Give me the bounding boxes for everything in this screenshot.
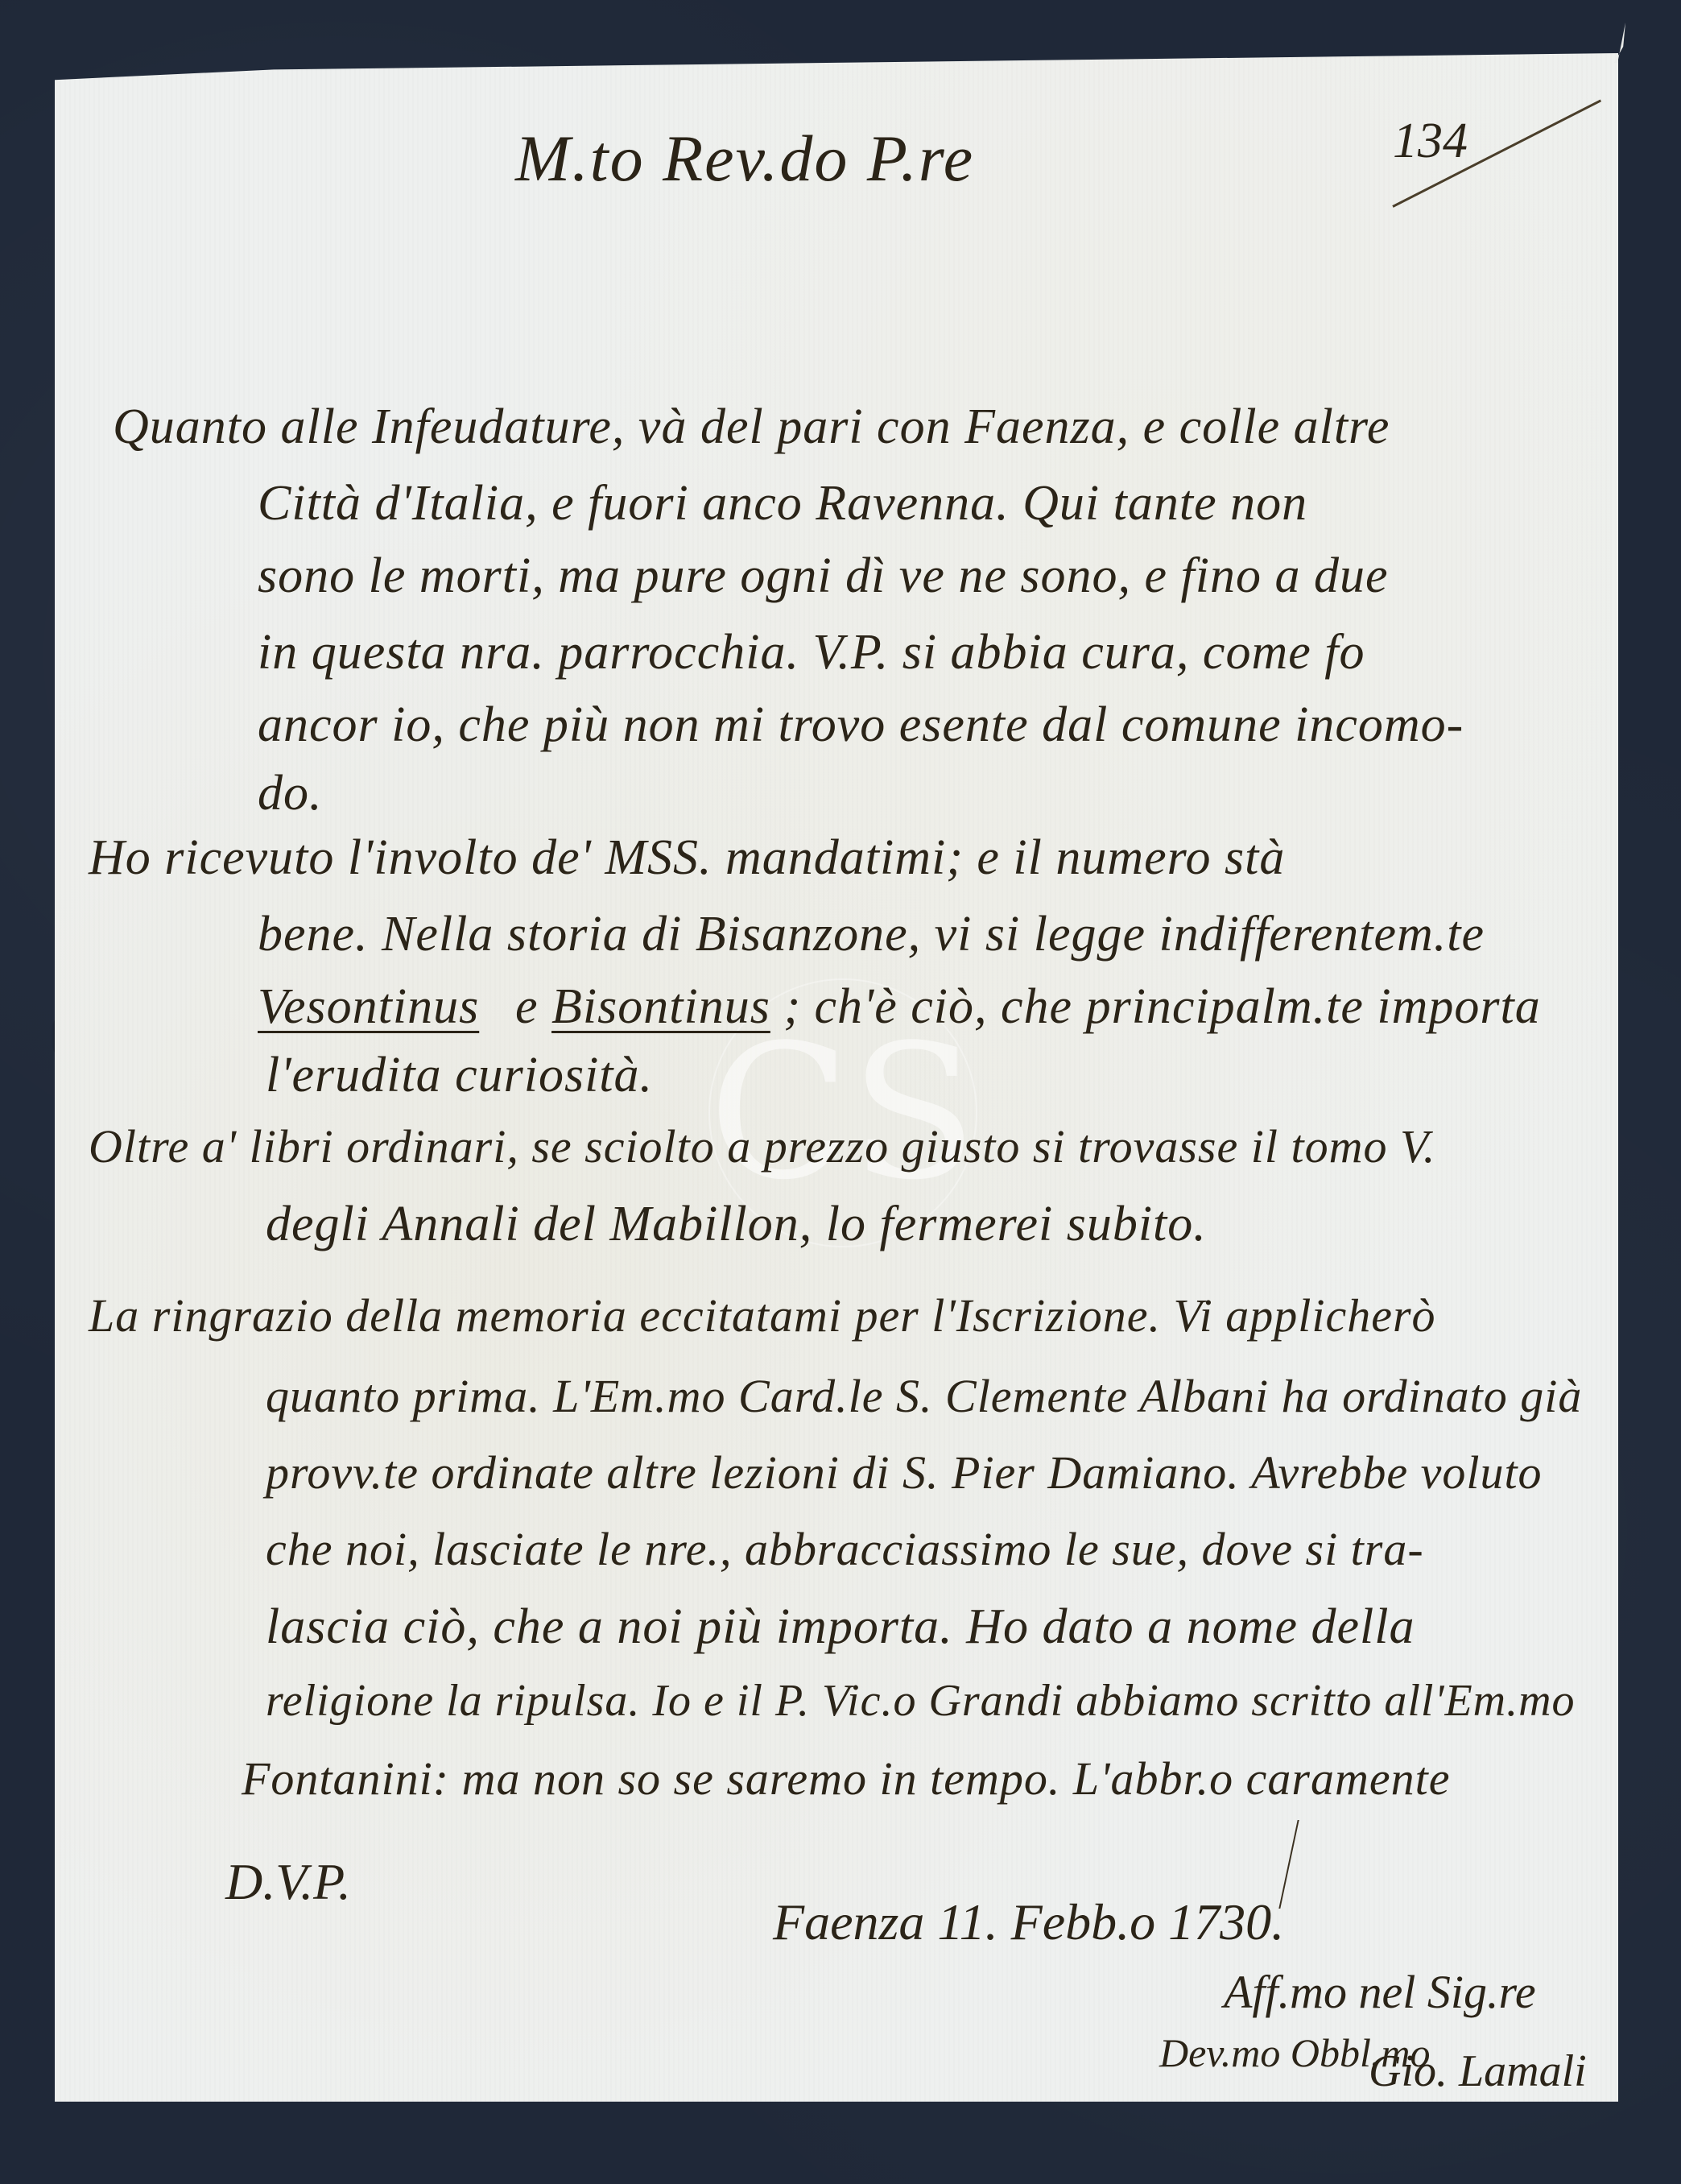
body-line-5: ancor io, che più non mi trovo esente da… [258, 697, 1464, 754]
folio-number: 134 [1393, 113, 1468, 170]
body-line-18: religione la ripulsa. Io e il P. Vic.o G… [266, 1675, 1576, 1727]
body-line-17: lascia ciò, che a noi più importa. Ho da… [266, 1599, 1415, 1656]
salutation: M.to Rev.do P.re [515, 121, 974, 196]
underlined-word-bisontinus: Bisontinus [551, 979, 770, 1034]
signature: Gio. Lamali [1369, 2045, 1587, 2097]
body-line-7: Ho ricevuto l'involto de' MSS. mandatimi… [89, 829, 1285, 887]
body-line-3: sono le morti, ma pure ogni dì ve ne son… [258, 548, 1388, 605]
body-line-19: Fontanini: ma non so se saremo in tempo.… [242, 1752, 1450, 1806]
body-line-15: provv.te ordinate altre lezioni di S. Pi… [266, 1446, 1543, 1499]
body-line-10: l'erudita curiosità. [266, 1047, 653, 1104]
place-and-date: Faenza 11. Febb.o 1730. [773, 1892, 1284, 1952]
body-line-4: in questa nra. parrocchia. V.P. si abbia… [258, 624, 1365, 681]
body-line-13: La ringrazio della memoria eccitatami pe… [89, 1288, 1436, 1342]
body-line-6: do. [258, 765, 323, 822]
body-line-11: Oltre a' libri ordinari, se sciolto a pr… [89, 1119, 1435, 1173]
body-line-1: Quanto alle Infeudature, và del pari con… [113, 399, 1390, 456]
body-line-16: che noi, lasciate le nre., abbracciassim… [266, 1522, 1424, 1576]
body-line-8: bene. Nella storia di Bisanzone, vi si l… [258, 906, 1485, 963]
body-line-14: quanto prima. L'Em.mo Card.le S. Clement… [266, 1369, 1582, 1423]
left-initials: D.V.P. [225, 1852, 351, 1912]
body-line-12: degli Annali del Mabillon, lo fermerei s… [266, 1196, 1207, 1253]
conjunction-e: e [515, 979, 551, 1034]
body-line-9-rest: e Bisontinus ; ch'è ciò, che principalm.… [515, 978, 1541, 1036]
signoff-line-1: Aff.mo nel Sig.re [1224, 1965, 1536, 2019]
body-line-2: Città d'Italia, e fuori anco Ravenna. Qu… [258, 475, 1307, 532]
body-line-9-tail: ; ch'è ciò, che principalm.te importa [783, 979, 1540, 1034]
